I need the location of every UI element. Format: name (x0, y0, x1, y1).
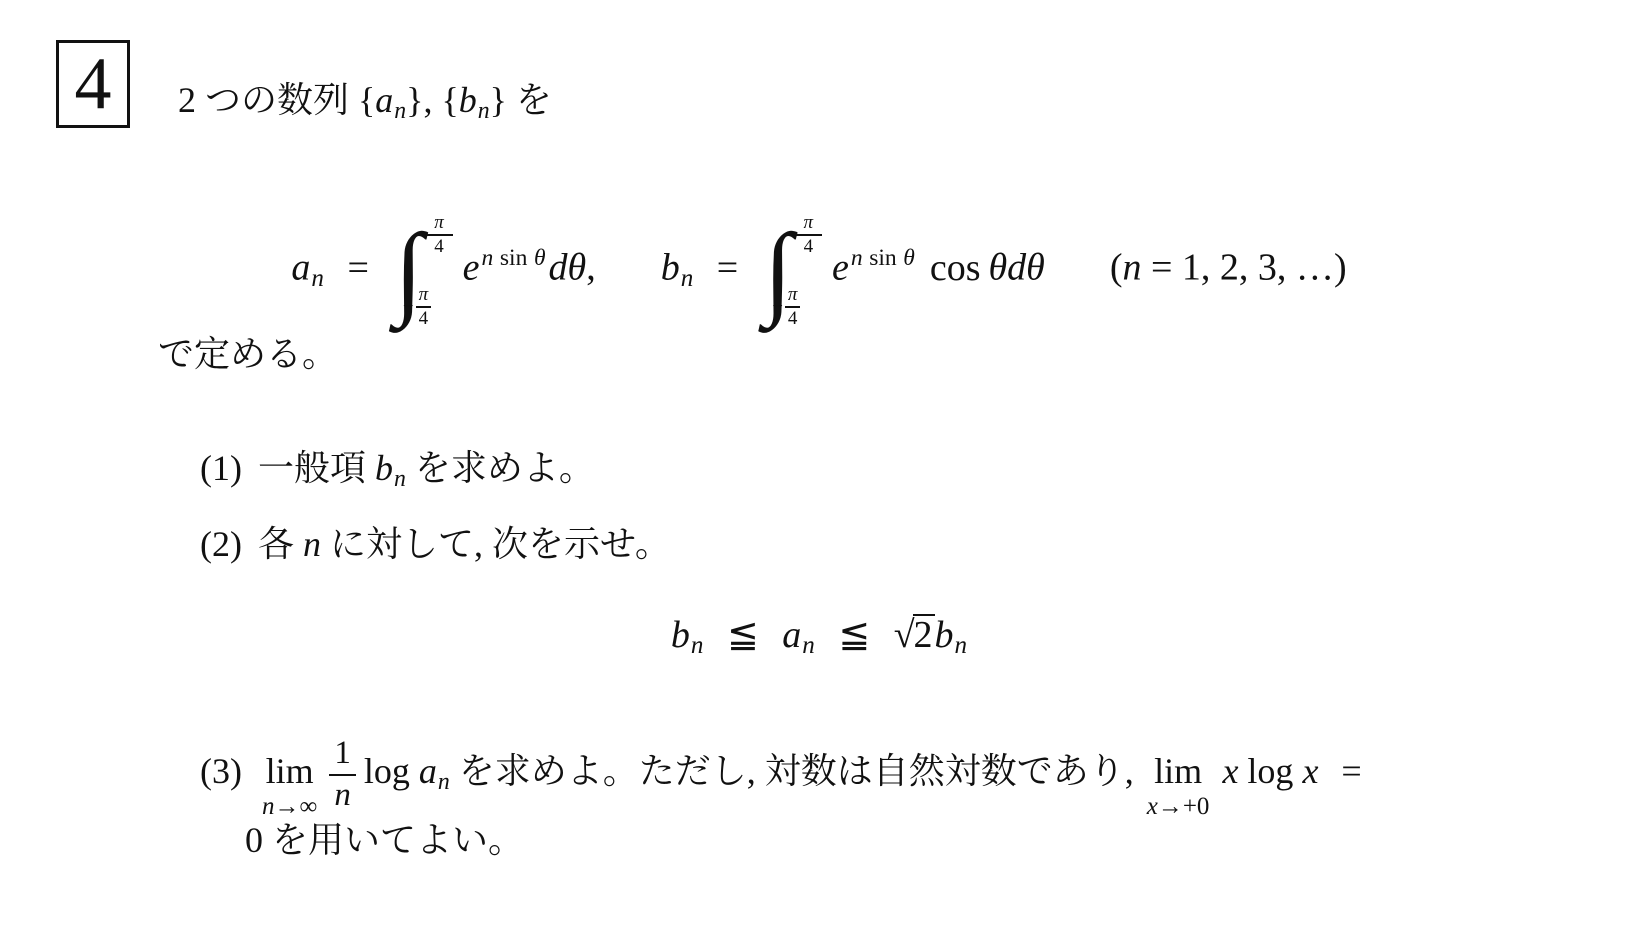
brace-close: } (406, 80, 423, 120)
minus-sign: − (772, 296, 783, 318)
math-var-a: a (419, 751, 437, 791)
integral-upper-limit: π 4 (425, 212, 453, 258)
condition-text: = 1, 2, 3, … (1142, 247, 1334, 289)
limit-operator: limx→+0 (1147, 750, 1210, 819)
math-subscript-n: n (394, 98, 406, 124)
math-subscript-n: n (438, 769, 450, 795)
closing-text: で定める。 (158, 334, 338, 374)
arrow-plus-zero: →+0 (1158, 793, 1210, 820)
fraction-denominator: 4 (785, 306, 801, 330)
math-subscript-n: n (394, 466, 406, 492)
math-var-n: n (303, 524, 321, 564)
integral-lower-limit: − π 4 (403, 284, 431, 330)
math-subscript-n: n (311, 265, 324, 292)
math-var-a: a (291, 247, 310, 289)
fraction-denominator: n (329, 774, 356, 816)
intro-text: 2 つの数列 (178, 80, 358, 120)
log-operator: log (364, 751, 410, 791)
equals-sign: = (347, 247, 368, 289)
problem-number: 4 (75, 47, 112, 121)
brace-open: { (358, 80, 375, 120)
comma: , (586, 247, 596, 289)
leq-sign: ≦ (838, 614, 870, 656)
item-text: を用いてよい。 (263, 820, 524, 860)
math-var-theta: θ (903, 245, 915, 271)
limit-word: lim (1154, 750, 1202, 792)
math-var-a: a (782, 614, 801, 656)
math-var-b: b (671, 614, 690, 656)
equals-sign: = (717, 247, 738, 289)
item-3: (3)limn→∞1nlog an を求めよ。ただし, 対数は自然対数であり, … (200, 734, 1376, 819)
intro-line: 2 つの数列 {an}, {bn} を (178, 72, 552, 125)
math-subscript-n: n (802, 632, 815, 659)
integral-upper-limit: π 4 (794, 212, 822, 258)
math-zero: 0 (245, 820, 263, 860)
item-text: 一般項 (258, 448, 375, 488)
math-var-theta: θ (534, 245, 546, 271)
limit-operator: limn→∞ (262, 750, 317, 819)
comma: , (423, 80, 441, 120)
math-var-e: e (832, 247, 849, 289)
intro-text-post: を (507, 80, 552, 120)
integral: ∫ π 4 − π 4 (394, 212, 447, 330)
fraction-numerator: 1 (329, 734, 356, 774)
brace-close: } (490, 80, 507, 120)
leq-sign: ≦ (727, 614, 759, 656)
log-operator: log (1247, 751, 1293, 791)
math-subscript-n: n (691, 632, 704, 659)
minus-sign: − (403, 296, 414, 318)
item-2: (2)各 n に対して, 次を示せ。 (200, 516, 671, 567)
integral: ∫ π 4 − π 4 (764, 212, 817, 330)
item-text: を求めよ。ただし, 対数は自然対数であり, (450, 751, 1143, 791)
item-text: 各 (258, 524, 303, 564)
fraction-denominator: 4 (416, 306, 432, 330)
math-var-a: a (375, 80, 393, 120)
fraction: π 4 (416, 284, 432, 330)
fraction-denominator: 4 (425, 234, 453, 258)
exponent: nsinθ (851, 245, 915, 271)
math-var-x: x (1147, 793, 1158, 820)
problem-page: 4 2 つの数列 {an}, {bn} を an = ∫ π 4 − π 4 (0, 0, 1638, 933)
item-3-continuation: 0 を用いてよい。 (245, 812, 524, 863)
integral-limits: π 4 − π 4 (419, 212, 447, 330)
item-label: (2) (200, 524, 242, 564)
limit-subscript: x→+0 (1147, 794, 1210, 819)
item-text-post: を求めよ。 (406, 448, 595, 488)
math-subscript-n: n (681, 265, 694, 292)
differential-d: d (549, 247, 568, 289)
equals-sign: = (1341, 751, 1361, 791)
math-var-theta: θ (1026, 247, 1045, 289)
math-var-x: x (1302, 751, 1318, 791)
math-var-b: b (459, 80, 477, 120)
fraction-numerator: π (425, 212, 453, 234)
fraction-numerator: π (794, 212, 822, 234)
sin-operator: sin (500, 245, 527, 271)
math-var-n: n (1123, 247, 1142, 289)
math-var-x: x (1222, 751, 1238, 791)
item-text-post: に対して, 次を示せ。 (321, 524, 671, 564)
problem-number-box: 4 (56, 40, 130, 128)
item-1: (1)一般項 bn を求めよ。 (200, 440, 595, 493)
math-subscript-n: n (955, 632, 968, 659)
brace-open: { (441, 80, 458, 120)
math-var-theta: θ (568, 247, 587, 289)
integral-lower-limit: − π 4 (772, 284, 800, 330)
sqrt-radical: √ (894, 614, 915, 656)
item-label: (3) (200, 751, 242, 791)
item-label: (1) (200, 448, 242, 488)
inequality-line: bn ≦ an ≦ √2bn (0, 612, 1638, 660)
definition-equation: an = ∫ π 4 − π 4 ensinθdθ, bn = (0, 212, 1638, 330)
sqrt-radicand: 2 (913, 614, 935, 656)
integral-limits: π 4 − π 4 (788, 212, 816, 330)
fraction-denominator: 4 (794, 234, 822, 258)
differential-d: d (1007, 247, 1026, 289)
math-var-e: e (463, 247, 480, 289)
paren-open: ( (1110, 247, 1123, 289)
cos-operator: cos (930, 247, 981, 289)
paren-close: ) (1334, 247, 1347, 289)
math-var-b: b (661, 247, 680, 289)
fraction: π 4 (785, 284, 801, 330)
math-var-b: b (375, 448, 393, 488)
fraction-numerator: π (416, 284, 432, 306)
sin-operator: sin (869, 245, 896, 271)
closing-line: で定める。 (158, 326, 338, 377)
math-var-b: b (935, 614, 954, 656)
limit-word: lim (266, 750, 314, 792)
math-subscript-n: n (478, 98, 490, 124)
math-var-n: n (482, 245, 494, 271)
fraction-numerator: π (785, 284, 801, 306)
math-var-n: n (851, 245, 863, 271)
exponent: nsinθ (482, 245, 546, 271)
big-fraction: 1n (329, 734, 356, 815)
math-var-theta: θ (989, 247, 1008, 289)
